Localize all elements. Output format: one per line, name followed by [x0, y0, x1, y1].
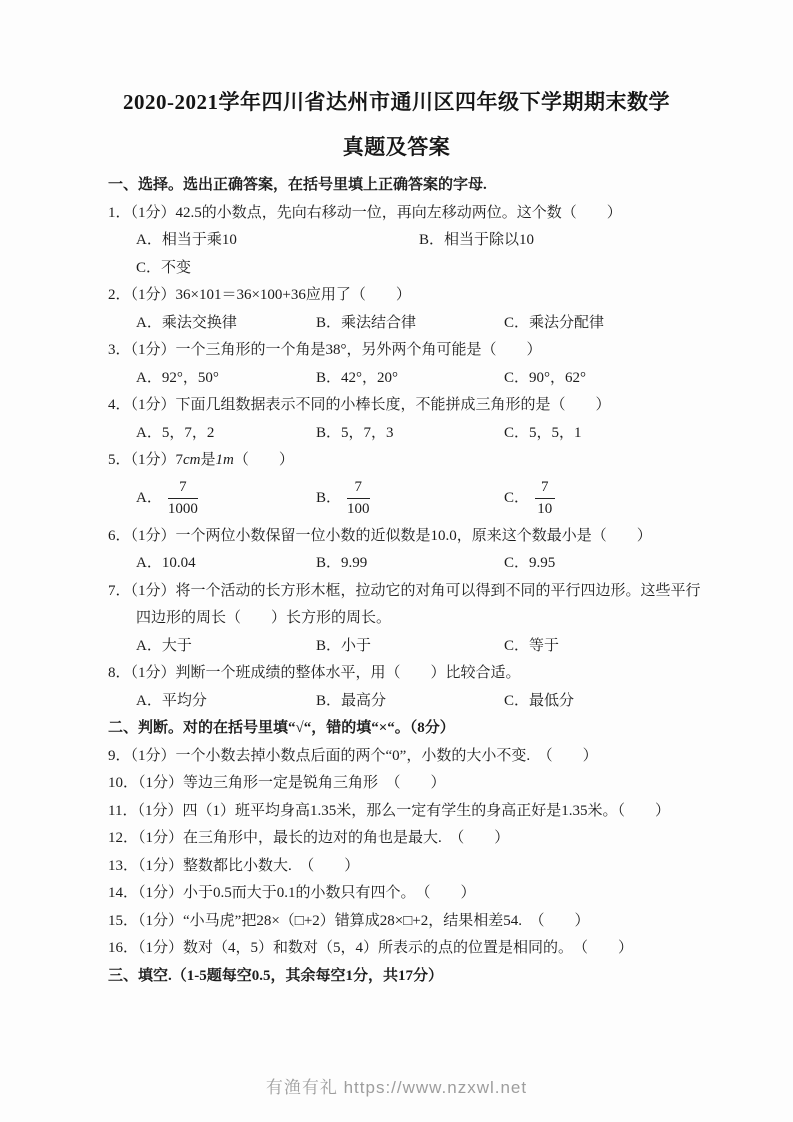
question-5-option-a-label: A． — [136, 490, 162, 506]
fraction-7-over-100: 7100 — [347, 478, 370, 519]
question-6: 6．（1分）一个两位小数保留一位小数的近似数是10.0，原来这个数最小是（ ） — [108, 523, 738, 551]
question-4-option-a: A．5，7，2 — [136, 420, 316, 448]
question-13: 13．（1分）整数都比小数大. （ ） — [108, 853, 738, 881]
question-10: 10．（1分）等边三角形一定是锐角三角形 （ ） — [108, 770, 738, 798]
question-4-options: A．5，7，2 B．5，7，3 C．5，5，1 — [108, 420, 738, 448]
section-three-heading: 三、填空.（1-5题每空0.5，其余每空1分，共17分） — [108, 963, 738, 991]
question-5-text: 5．（1分）7 — [108, 452, 183, 468]
question-6-option-c: C．9.95 — [504, 550, 555, 578]
question-14: 14．（1分）小于0.5而大于0.1的小数只有四个。 （ ） — [108, 880, 738, 908]
question-9: 9．（1分）一个小数去掉小数点后面的两个“0”，小数的大小不变. （ ） — [108, 743, 738, 771]
question-7-option-c: C．等于 — [504, 633, 559, 661]
question-8-option-c: C．最低分 — [504, 688, 574, 716]
question-5-unit-m: 1m — [216, 452, 234, 468]
question-5-option-b: B．7100 — [316, 478, 504, 519]
question-1-options-row1: A．相当于乘10 B．相当于除以10 — [108, 227, 738, 255]
question-1-option-b: B．相当于除以10 — [419, 227, 534, 255]
question-1-option-a: A．相当于乘10 — [136, 227, 419, 255]
question-1: 1．（1分）42.5的小数点，先向右移动一位，再向左移动两位。这个数（ ） — [108, 200, 738, 228]
question-4: 4．（1分）下面几组数据表示不同的小棒长度，不能拼成三角形的是（ ） — [108, 392, 738, 420]
question-4-option-c: C．5，5，1 — [504, 420, 582, 448]
question-5-text-mid: 是 — [201, 452, 216, 468]
question-7-options: A．大于 B．小于 C．等于 — [108, 633, 738, 661]
question-16: 16．（1分）数对（4，5）和数对（5，4）所表示的点的位置是相同的。 （ ） — [108, 935, 738, 963]
question-8-options: A．平均分 B．最高分 C．最低分 — [108, 688, 738, 716]
question-3-option-a: A．92°，50° — [136, 365, 316, 393]
question-5-options: A．71000 B．7100 C．710 — [108, 475, 738, 523]
question-2-options: A．乘法交换律 B．乘法结合律 C．乘法分配律 — [108, 310, 738, 338]
exam-body: 一、选择。选出正确答案，在括号里填上正确答案的字母. 1．（1分）42.5的小数… — [0, 170, 793, 990]
question-6-option-b: B．9.99 — [316, 550, 504, 578]
question-8: 8．（1分）判断一个班成绩的整体水平，用（ ）比较合适。 — [108, 660, 738, 688]
section-one-heading: 一、选择。选出正确答案，在括号里填上正确答案的字母. — [108, 172, 738, 200]
question-4-option-b: B．5，7，3 — [316, 420, 504, 448]
question-3: 3．（1分）一个三角形的一个角是38°，另外两个角可能是（ ） — [108, 337, 738, 365]
question-7-option-a: A．大于 — [136, 633, 316, 661]
question-5-option-c-label: C． — [504, 490, 529, 506]
question-2: 2．（1分）36×101＝36×100+36应用了（ ） — [108, 282, 738, 310]
section-two-heading: 二、判断。对的在括号里填“√“，错的填“×“。（8分） — [108, 715, 738, 743]
fraction-7-over-10: 710 — [535, 478, 555, 519]
question-8-option-b: B．最高分 — [316, 688, 504, 716]
question-5-option-c: C．710 — [504, 478, 555, 519]
question-2-option-a: A．乘法交换律 — [136, 310, 316, 338]
question-5: 5．（1分）7cm是1m（ ） — [108, 447, 738, 475]
watermark-footer: 有渔有礼 https://www.nzxwl.net — [0, 1073, 793, 1098]
question-5-option-b-label: B． — [316, 490, 341, 506]
question-7-line2: 四边形的周长（ ）长方形的周长。 — [108, 605, 738, 633]
exam-title: 2020-2021学年四川省达州市通川区四年级下学期期末数学 真题及答案 — [0, 0, 793, 170]
question-5-option-a: A．71000 — [136, 478, 316, 519]
question-5-blank: （ ） — [234, 452, 294, 468]
question-11: 11．（1分）四（1）班平均身高1.35米，那么一定有学生的身高正好是1.35米… — [108, 798, 738, 826]
question-15: 15．（1分）“小马虎”把28×（□+2）错算成28×□+2，结果相差54. （… — [108, 908, 738, 936]
question-1-options-row2: C．不变 — [108, 255, 738, 283]
question-12: 12．（1分）在三角形中，最长的边对的角也是最大. （ ） — [108, 825, 738, 853]
question-3-options: A．92°，50° B．42°，20° C．90°，62° — [108, 365, 738, 393]
question-5-unit-cm: cm — [183, 452, 201, 468]
question-7-option-b: B．小于 — [316, 633, 504, 661]
question-6-option-a: A．10.04 — [136, 550, 316, 578]
question-7-line1: 7．（1分）将一个活动的长方形木框，拉动它的对角可以得到不同的平行四边形。这些平… — [108, 578, 738, 606]
question-2-option-c: C．乘法分配律 — [504, 310, 604, 338]
exam-title-line1: 2020-2021学年四川省达州市通川区四年级下学期期末数学 — [0, 80, 793, 125]
question-6-options: A．10.04 B．9.99 C．9.95 — [108, 550, 738, 578]
exam-document-page: 2020-2021学年四川省达州市通川区四年级下学期期末数学 真题及答案 一、选… — [0, 0, 793, 1122]
fraction-7-over-1000: 71000 — [168, 478, 198, 519]
question-3-option-c: C．90°，62° — [504, 365, 586, 393]
question-1-option-c: C．不变 — [136, 255, 191, 283]
exam-title-line2: 真题及答案 — [0, 125, 793, 170]
question-8-option-a: A．平均分 — [136, 688, 316, 716]
question-2-option-b: B．乘法结合律 — [316, 310, 504, 338]
question-3-option-b: B．42°，20° — [316, 365, 504, 393]
